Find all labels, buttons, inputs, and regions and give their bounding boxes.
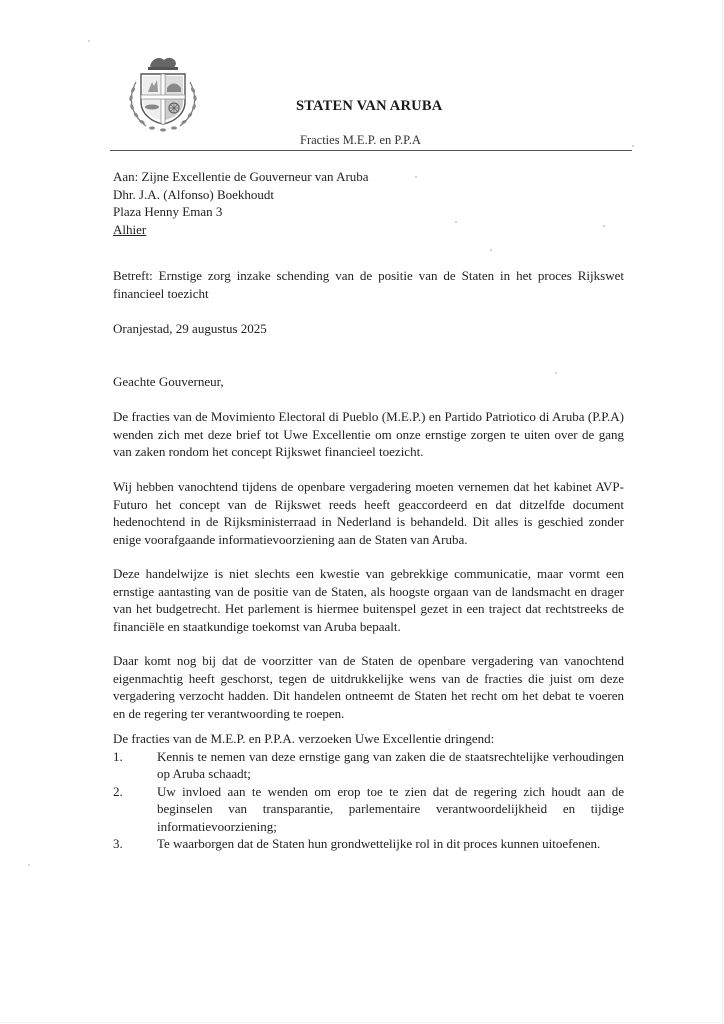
body-paragraph: Deze handelwijze is niet slechts een kwe… bbox=[113, 565, 624, 635]
scan-speck bbox=[415, 176, 417, 178]
request-text: Kennis te nemen van deze ernstige gang v… bbox=[157, 749, 624, 782]
requests-section: De fracties van de M.E.P. en P.P.A. verz… bbox=[113, 730, 624, 853]
recipient-line: Dhr. J.A. (Alfonso) Boekhoudt bbox=[113, 186, 624, 204]
request-number: 1. bbox=[113, 748, 123, 766]
scan-speck bbox=[28, 864, 30, 866]
salutation: Geachte Gouverneur, bbox=[113, 373, 624, 391]
scan-speck bbox=[632, 145, 634, 147]
document-page: STATEN VAN ARUBA Fracties M.E.P. en P.P.… bbox=[0, 0, 723, 1023]
scan-speck bbox=[490, 249, 492, 251]
scan-speck bbox=[455, 221, 457, 223]
body-paragraph: Daar komt nog bij dat de voorzitter van … bbox=[113, 652, 624, 722]
scan-speck bbox=[88, 40, 90, 42]
recipient-address: Aan: Zijne Excellentie de Gouverneur van… bbox=[113, 168, 624, 238]
request-text: Te waarborgen dat de Staten hun grondwet… bbox=[157, 836, 600, 851]
scan-speck bbox=[555, 372, 557, 374]
request-number: 2. bbox=[113, 783, 123, 801]
recipient-line: Aan: Zijne Excellentie de Gouverneur van… bbox=[113, 168, 624, 186]
recipient-line: Plaza Henny Eman 3 bbox=[113, 203, 624, 221]
place-date: Oranjestad, 29 augustus 2025 bbox=[113, 320, 624, 338]
scan-speck bbox=[603, 225, 605, 227]
request-number: 3. bbox=[113, 835, 123, 853]
letterhead-subtitle: Fracties M.E.P. en P.P.A bbox=[300, 133, 421, 148]
subject-line: Betreft: Ernstige zorg inzake schending … bbox=[113, 267, 624, 302]
requests-intro: De fracties van de M.E.P. en P.P.A. verz… bbox=[113, 730, 624, 748]
recipient-line: Alhier bbox=[113, 221, 624, 239]
request-item: 1. Kennis te nemen van deze ernstige gan… bbox=[113, 748, 624, 783]
body-paragraph: Wij hebben vanochtend tijdens de openbar… bbox=[113, 478, 624, 548]
requests-list: 1. Kennis te nemen van deze ernstige gan… bbox=[113, 748, 624, 853]
header-divider bbox=[110, 150, 632, 151]
organization-title: STATEN VAN ARUBA bbox=[296, 98, 442, 115]
coat-of-arms-icon bbox=[126, 52, 200, 134]
request-text: Uw invloed aan te wenden om erop toe te … bbox=[157, 784, 624, 834]
request-item: 3. Te waarborgen dat de Staten hun grond… bbox=[113, 835, 624, 853]
request-item: 2. Uw invloed aan te wenden om erop toe … bbox=[113, 783, 624, 836]
body-paragraph: De fracties van de Movimiento Electoral … bbox=[113, 408, 624, 461]
